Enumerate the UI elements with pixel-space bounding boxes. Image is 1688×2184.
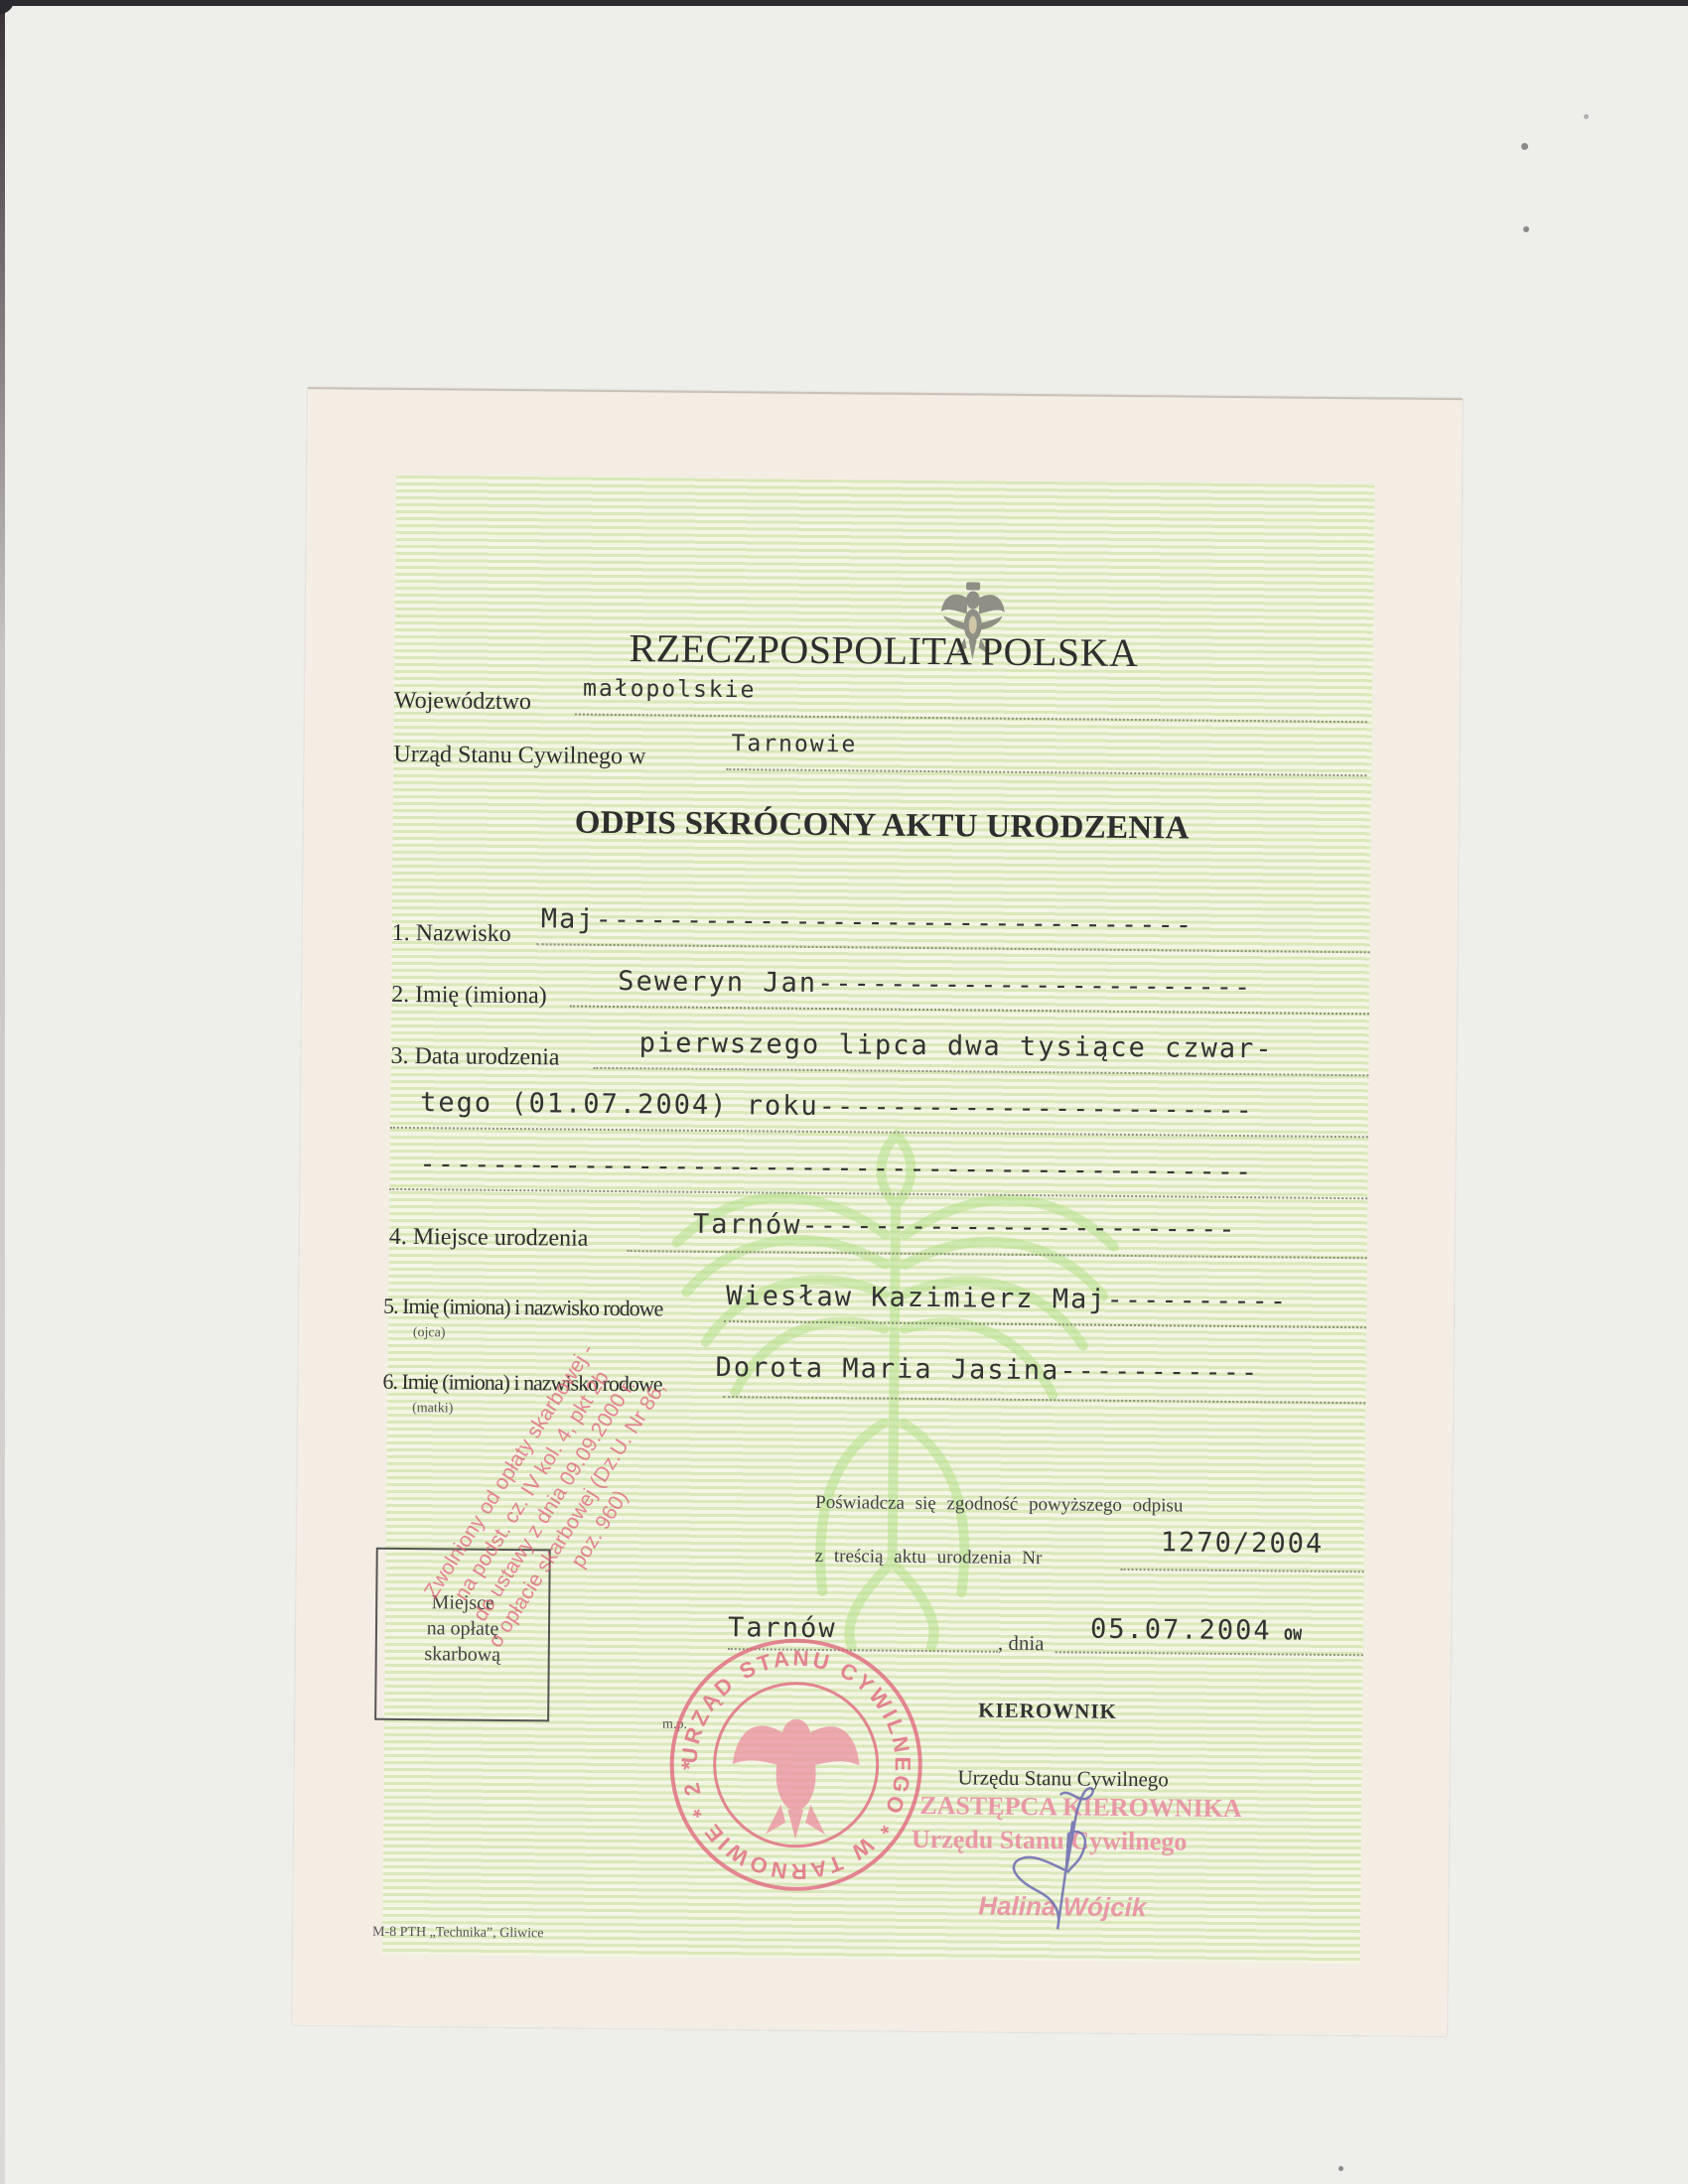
- date-suffix: OW: [1284, 1625, 1302, 1643]
- dotted-line: [570, 1006, 1369, 1016]
- birth-certificate-document: RZECZPOSPOLITA POLSKA Województwo małopo…: [292, 387, 1463, 2036]
- handwritten-signature: [1008, 1752, 1208, 1953]
- field-label-birth-place: 4. Miejsce urodzenia: [389, 1224, 589, 1253]
- scan-left-edge: [0, 0, 5, 2184]
- official-round-seal: URZĄD STANU CYWILNEGO * W TARNOWIE * 2 *: [665, 1635, 925, 1895]
- scan-speck: [1338, 2166, 1343, 2171]
- scan-speck: [1584, 114, 1589, 119]
- field-value-birth-date-cont2: ----------------------------------------…: [419, 1149, 1253, 1187]
- field-value-given-names: Seweryn Jan------------------------: [618, 966, 1252, 1003]
- date-label: , dnia: [998, 1631, 1045, 1656]
- field-label-birth-date: 3. Data urodzenia: [390, 1043, 559, 1072]
- field-value-birth-date-cont: tego (01.07.2004) roku------------------…: [420, 1087, 1254, 1126]
- guilloche-background: RZECZPOSPOLITA POLSKA Województwo małopo…: [382, 476, 1374, 1964]
- voivodeship-label: Województwo: [394, 688, 531, 716]
- document-title: ODPIS SKRÓCONY AKTU URODZENIA: [393, 803, 1371, 849]
- dotted-line: [537, 943, 1370, 953]
- scan-top-edge: [0, 0, 1688, 6]
- field-value-birth-place: Tarnów------------------------: [693, 1209, 1237, 1245]
- dotted-line: [1055, 1651, 1363, 1656]
- office-value: Tarnowie: [731, 731, 857, 757]
- certification-line: Poświadcza się zgodność powyższego odpis…: [815, 1492, 1183, 1518]
- seal-eagle-icon: [732, 1718, 860, 1840]
- country-heading: RZECZPOSPOLITA POLSKA: [394, 622, 1372, 678]
- dotted-line: [1121, 1569, 1364, 1572]
- field-value-mother: Dorota Maria Jasina-----------: [715, 1352, 1259, 1388]
- field-label-surname: 1. Nazwisko: [392, 920, 511, 948]
- field-label-given-names: 2. Imię (imiona): [391, 982, 547, 1011]
- dotted-line: [726, 768, 1366, 776]
- field-sublabel-mother: (matki): [412, 1401, 453, 1417]
- scan-corner: [0, 0, 14, 14]
- field-value-birth-date: pierwszego lipca dwa tysiące czwar-: [639, 1027, 1274, 1064]
- dotted-line: [575, 714, 1367, 724]
- certification-act-label: z treścią aktu urodzenia Nr: [815, 1546, 1043, 1570]
- field-value-surname: Maj---------------------------------: [541, 903, 1194, 940]
- form-printer-footer: M-8 PTH „Technika”, Gliwice: [372, 1925, 544, 1943]
- field-sublabel-father: (ojca): [413, 1325, 446, 1341]
- voivodeship-value: małopolskie: [583, 676, 757, 704]
- scan-speck: [1523, 226, 1529, 232]
- field-value-father: Wiesław Kazimierz Maj----------: [726, 1281, 1288, 1316]
- issue-date: 05.07.2004: [1090, 1614, 1272, 1647]
- act-number: 1270/2004: [1161, 1527, 1325, 1560]
- scan-speck: [1521, 143, 1528, 150]
- signatory-title: KIEROWNIK: [978, 1699, 1117, 1724]
- office-label: Urząd Stanu Cywilnego w: [393, 742, 645, 770]
- dotted-line: [593, 1067, 1368, 1076]
